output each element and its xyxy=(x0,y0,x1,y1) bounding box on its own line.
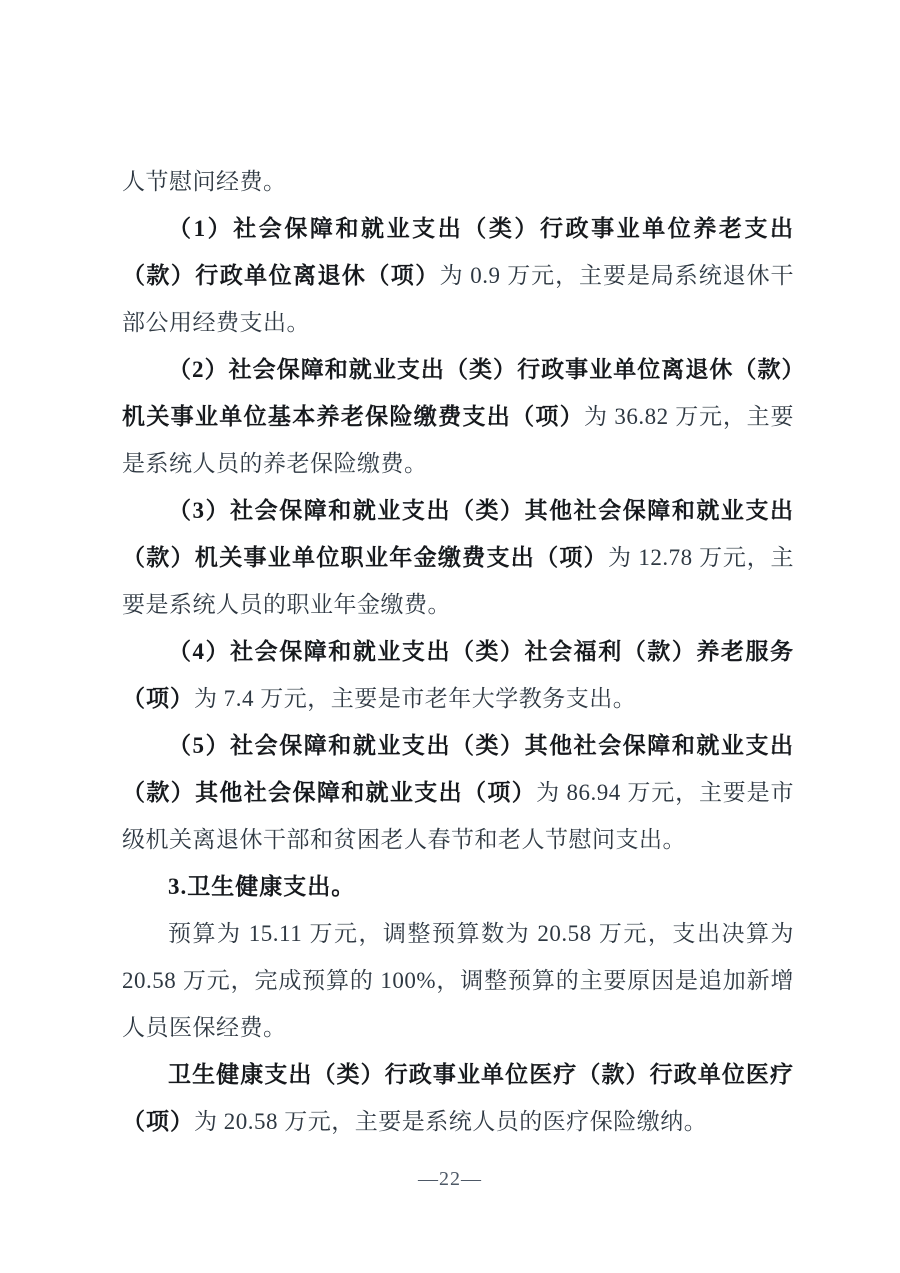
page-number: —22— xyxy=(418,1168,482,1190)
paragraph: （1）社会保障和就业支出（类）行政事业单位养老支出（款）行政单位离退休（项）为 … xyxy=(122,205,794,346)
paragraph: （3）社会保障和就业支出（类）其他社会保障和就业支出（款）机关事业单位职业年金缴… xyxy=(122,487,794,628)
paragraph: 预算为 15.11 万元，调整预算数为 20.58 万元，支出决算为 20.58… xyxy=(122,910,794,1051)
paragraph: 卫生健康支出（类）行政事业单位医疗（款）行政单位医疗（项）为 20.58 万元，… xyxy=(122,1051,794,1145)
paragraph: （2）社会保障和就业支出（类）行政事业单位离退休（款）机关事业单位基本养老保险缴… xyxy=(122,346,794,487)
text-segment: 为 20.58 万元，主要是系统人员的医疗保险缴纳。 xyxy=(194,1109,707,1134)
document-page: 人节慰问经费。（1）社会保障和就业支出（类）行政事业单位养老支出（款）行政单位离… xyxy=(0,0,900,1273)
document-body: 人节慰问经费。（1）社会保障和就业支出（类）行政事业单位养老支出（款）行政单位离… xyxy=(122,158,794,1145)
bold-text-segment: 3.卫生健康支出。 xyxy=(168,874,355,899)
text-segment: 为 7.4 万元，主要是市老年大学教务支出。 xyxy=(194,686,636,711)
paragraph: （4）社会保障和就业支出（类）社会福利（款）养老服务（项）为 7.4 万元，主要… xyxy=(122,628,794,722)
paragraph: （5）社会保障和就业支出（类）其他社会保障和就业支出（款）其他社会保障和就业支出… xyxy=(122,722,794,863)
text-segment: 预算为 15.11 万元，调整预算数为 20.58 万元，支出决算为 20.58… xyxy=(122,921,794,1040)
page-footer: —22— xyxy=(0,1168,900,1191)
paragraph: 3.卫生健康支出。 xyxy=(122,863,794,910)
text-segment: 人节慰问经费。 xyxy=(122,169,287,194)
paragraph: 人节慰问经费。 xyxy=(122,158,794,205)
